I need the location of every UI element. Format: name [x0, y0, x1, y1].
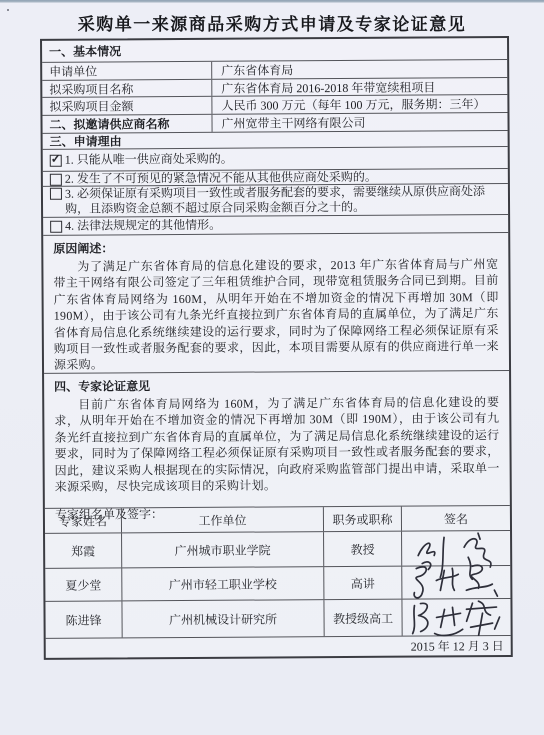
expert-3-title: 教授级高工	[324, 600, 402, 636]
section-expert-opinion-header: 四、专家论证意见	[54, 376, 499, 396]
section-basic-info-header: 一、基本情况	[42, 38, 507, 63]
reason-statement-cell: 原因阐述： 为了满足广东省体育局的信息化建设的要求，2013 年广东省体育局与广…	[43, 233, 509, 374]
demonstration-date: 2015 年 12 月 3 日	[411, 637, 504, 655]
expert-3-name: 陈进锋	[45, 601, 122, 637]
project-amount-label: 拟采购项目金额	[42, 97, 212, 115]
supplier-value: 广州宽带主干网络有限公司	[212, 113, 507, 132]
checkbox-unchecked-icon	[50, 221, 62, 233]
checkbox-checked-icon	[50, 155, 62, 167]
reason-item-3: 3. 必须保证原有采购项目一致性或者服务配套的要求，需要继续从原供应商处添购，且…	[43, 184, 508, 218]
expert-3-signature-cell	[402, 599, 510, 636]
reason-statement-body: 为了满足广东省体育局的信息化建设的要求，2013 年广东省体育局与广州宽带主干网…	[53, 256, 499, 374]
expert-2-organization: 广州市轻工职业学校	[122, 567, 324, 600]
applicant-label: 申请单位	[42, 62, 212, 80]
expert-opinion-body: 目前广东省体育局网络为 160M，为了满足广东省体育局的信息化建设的要求，从明年…	[54, 394, 500, 495]
checkbox-unchecked-icon	[50, 173, 62, 185]
applicant-value: 广东省体育局	[212, 60, 507, 79]
scan-speck	[7, 9, 9, 11]
expert-3-organization: 广州机械设计研究所	[122, 600, 324, 637]
expert-1-name: 郑霞	[45, 533, 122, 567]
reason-item-1: 1. 只能从唯一供应商处采购的。	[43, 147, 508, 172]
reason-item-1-text: 1. 只能从唯一供应商处采购的。	[65, 152, 233, 168]
signature-chen-jin-feng	[406, 597, 510, 640]
project-amount-value: 人民币 300 万元（每年 100 万元，服务期：三年）	[212, 95, 507, 114]
form-table: 一、基本情况 申请单位 广东省体育局 拟采购项目名称 广东省体育局 2016-2…	[40, 36, 513, 660]
header-signature: 签名	[402, 506, 510, 531]
reason-item-4-text: 4. 法律法规规定的其他情形。	[65, 218, 221, 234]
reason-item-3-text: 3. 必须保证原有采购项目一致性或者服务配套的要求，需要继续从原供应商处添购，且…	[65, 184, 508, 217]
supplier-label: 二、拟邀请供应商名称	[42, 115, 212, 133]
header-work-unit: 工作单位	[122, 507, 324, 532]
document-title: 采购单一来源商品采购方式申请及专家论证意见	[0, 10, 544, 35]
checkbox-unchecked-icon	[50, 188, 62, 200]
header-title: 职务或职称	[324, 507, 402, 531]
scanned-document-page: 采购单一来源商品采购方式申请及专家论证意见 一、基本情况 申请单位 广东省体育局…	[0, 0, 544, 735]
reason-statement-heading: 原因阐述：	[53, 238, 498, 258]
expert-opinion-cell: 四、专家论证意见 目前广东省体育局网络为 160M，为了满足广东省体育局的信息化…	[44, 371, 510, 509]
reason-item-2-text: 2. 发生了不可预见的紧急情况不能从其他供应商处采购的。	[65, 169, 377, 186]
project-name-value: 广东省体育局 2016-2018 年带宽续租项目	[212, 78, 507, 96]
expert-2-title: 高讲	[324, 567, 402, 599]
expert-row-3: 陈进锋 广州机械设计研究所 教授级高工	[45, 599, 510, 639]
project-name-label: 拟采购项目名称	[42, 80, 212, 97]
expert-2-name: 夏少堂	[45, 568, 122, 600]
header-expert-name: 专家姓名	[45, 508, 122, 532]
expert-2-signature-cell	[402, 566, 510, 599]
expert-1-title: 教授	[324, 532, 402, 566]
expert-1-organization: 广州城市职业学院	[122, 532, 324, 567]
